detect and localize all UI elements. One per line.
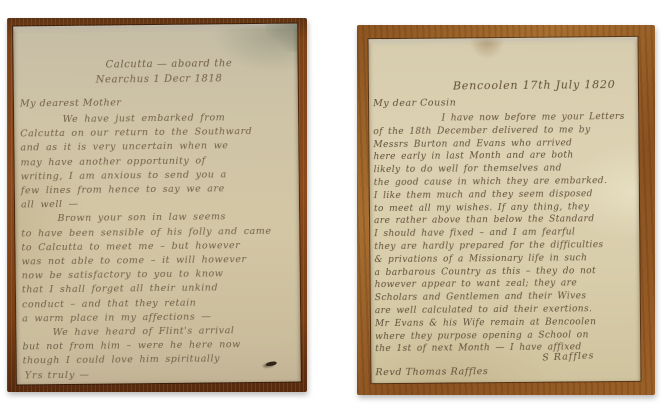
left-letter-body: We have just embarked fromCalcutta on ou… (20, 111, 273, 369)
paper-edge-highlight (369, 37, 638, 45)
right-letter-dateline: Bencoolen 17th July 1820 (453, 77, 616, 93)
paper-corner-fold (265, 24, 299, 52)
framed-letter-photo-left: Calcutta — aboard theNearchus 1 Decr 181… (7, 18, 307, 392)
right-letter-salutation: My dear Cousin (373, 97, 456, 109)
page-background: Calcutta — aboard theNearchus 1 Decr 181… (0, 0, 670, 415)
paper-edge-highlight (13, 24, 297, 33)
handwriting-line: Calcutta — aboard the (105, 56, 232, 72)
ink-blot (265, 361, 276, 367)
framed-letter-photo-right: Bencoolen 17th July 1820 My dear Cousin … (357, 25, 655, 395)
handwriting-line: though I could love him spiritually (23, 352, 273, 369)
left-letter-dateline: Calcutta — aboard theNearchus 1 Decr 181… (105, 56, 232, 87)
right-letter-signature: S Raffles (542, 350, 595, 363)
letter-paper-left: Calcutta — aboard theNearchus 1 Decr 181… (13, 24, 301, 385)
right-letter-body: I have now before me your Lettersof the … (373, 111, 627, 356)
left-letter-salutation: My dearest Mother (20, 97, 122, 109)
handwriting-line: Nearchus 1 Decr 1818 (96, 71, 233, 87)
left-letter-signature: Yrs truly — (25, 370, 90, 382)
right-letter-addressee: Revd Thomas Raffles (375, 366, 488, 378)
letter-paper-right: Bencoolen 17th July 1820 My dear Cousin … (369, 37, 641, 383)
